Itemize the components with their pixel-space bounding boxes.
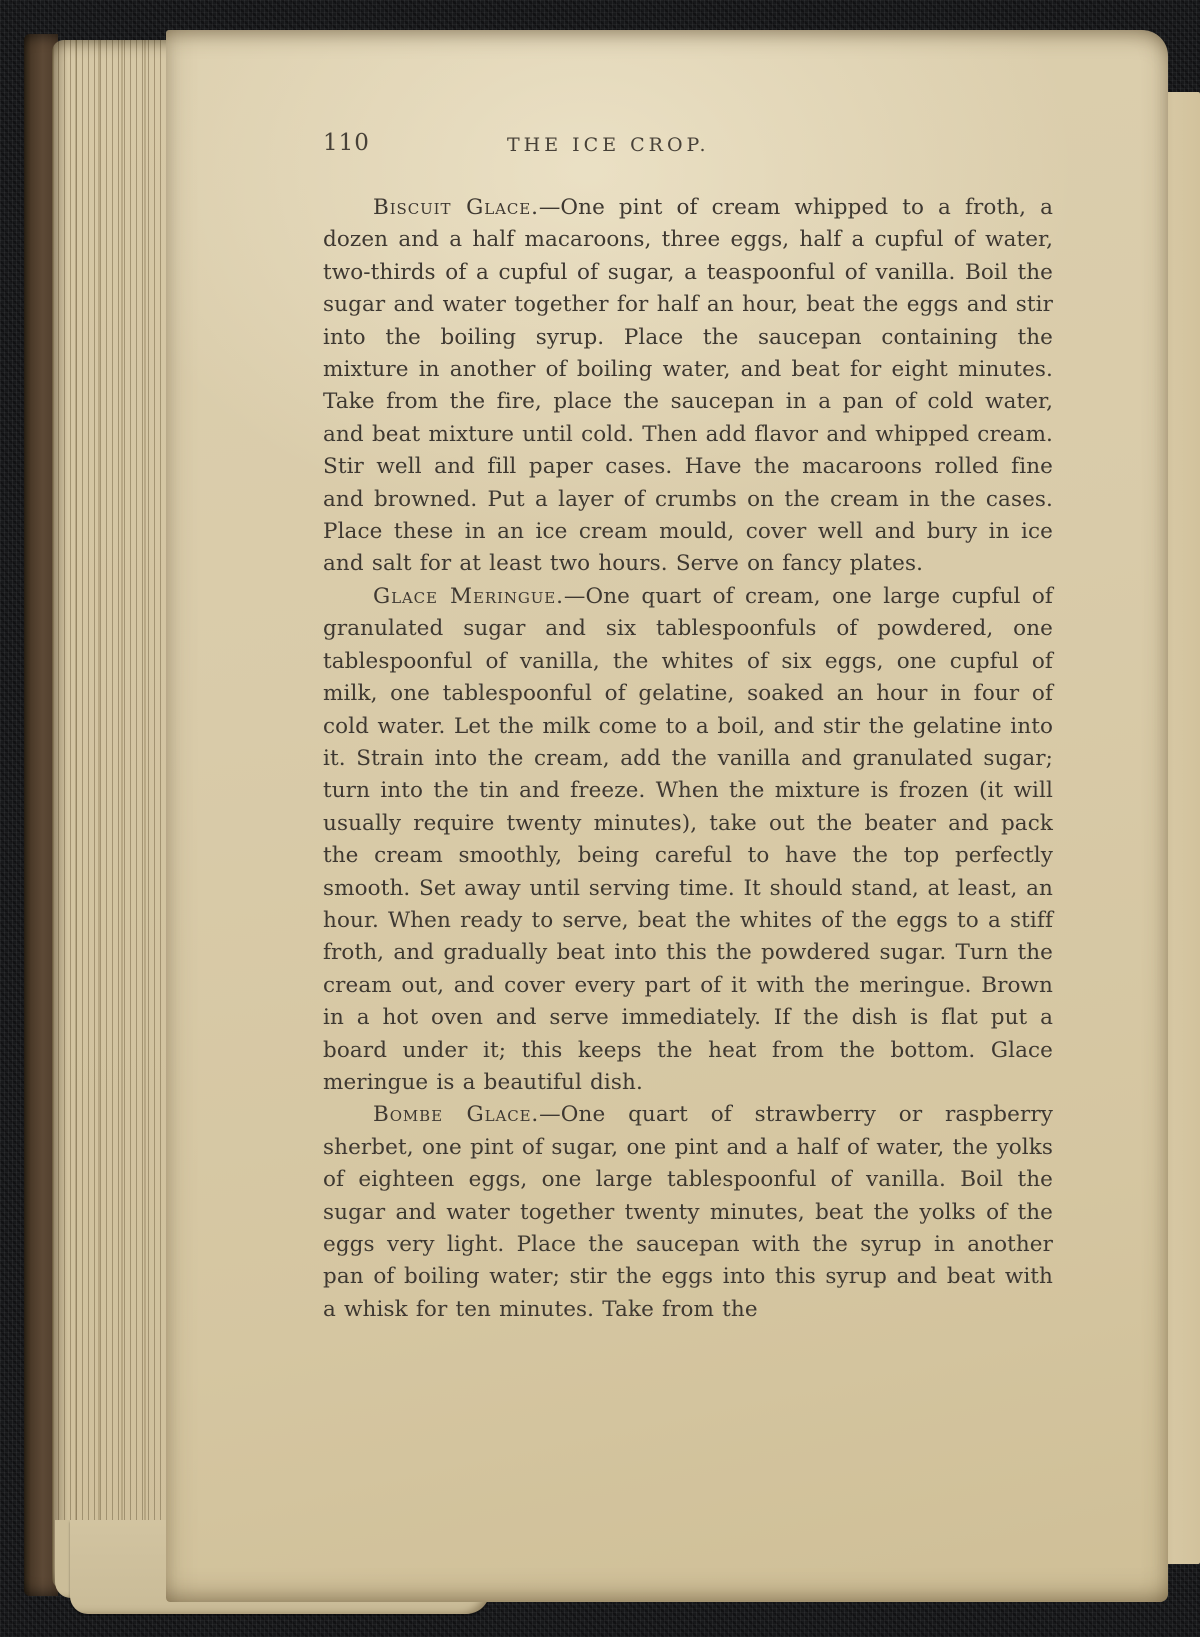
page-body: Biscuit Glace.—One pint of cream whipped… xyxy=(323,192,1053,1326)
recipe-biscuit-glace: Biscuit Glace.—One pint of cream whipped… xyxy=(323,192,1053,581)
recipe-title: Glace Meringue. xyxy=(373,584,564,609)
page-edge-stack xyxy=(52,40,178,1588)
recipe-text: —One quart of strawberry or raspberry sh… xyxy=(323,1102,1053,1321)
book-page: 110 THE ICE CROP. Biscuit Glace.—One pin… xyxy=(166,30,1168,1602)
recipe-text: —One quart of cream, one large cupful of… xyxy=(323,584,1053,1095)
recipe-title: Biscuit Glace. xyxy=(373,195,539,220)
recipe-bombe-glace: Bombe Glace.—One quart of strawberry or … xyxy=(323,1099,1053,1326)
recipe-text: —One pint of cream whipped to a froth, a… xyxy=(323,195,1053,576)
running-title: THE ICE CROP. xyxy=(507,134,710,156)
page-content: 110 THE ICE CROP. Biscuit Glace.—One pin… xyxy=(323,126,1053,1326)
page-header: 110 THE ICE CROP. xyxy=(323,126,1053,168)
recipe-glace-meringue: Glace Meringue.—One quart of cream, one … xyxy=(323,581,1053,1100)
recipe-title: Bombe Glace. xyxy=(373,1102,539,1127)
page-number: 110 xyxy=(323,130,370,156)
book-scan: 110 THE ICE CROP. Biscuit Glace.—One pin… xyxy=(0,0,1200,1637)
